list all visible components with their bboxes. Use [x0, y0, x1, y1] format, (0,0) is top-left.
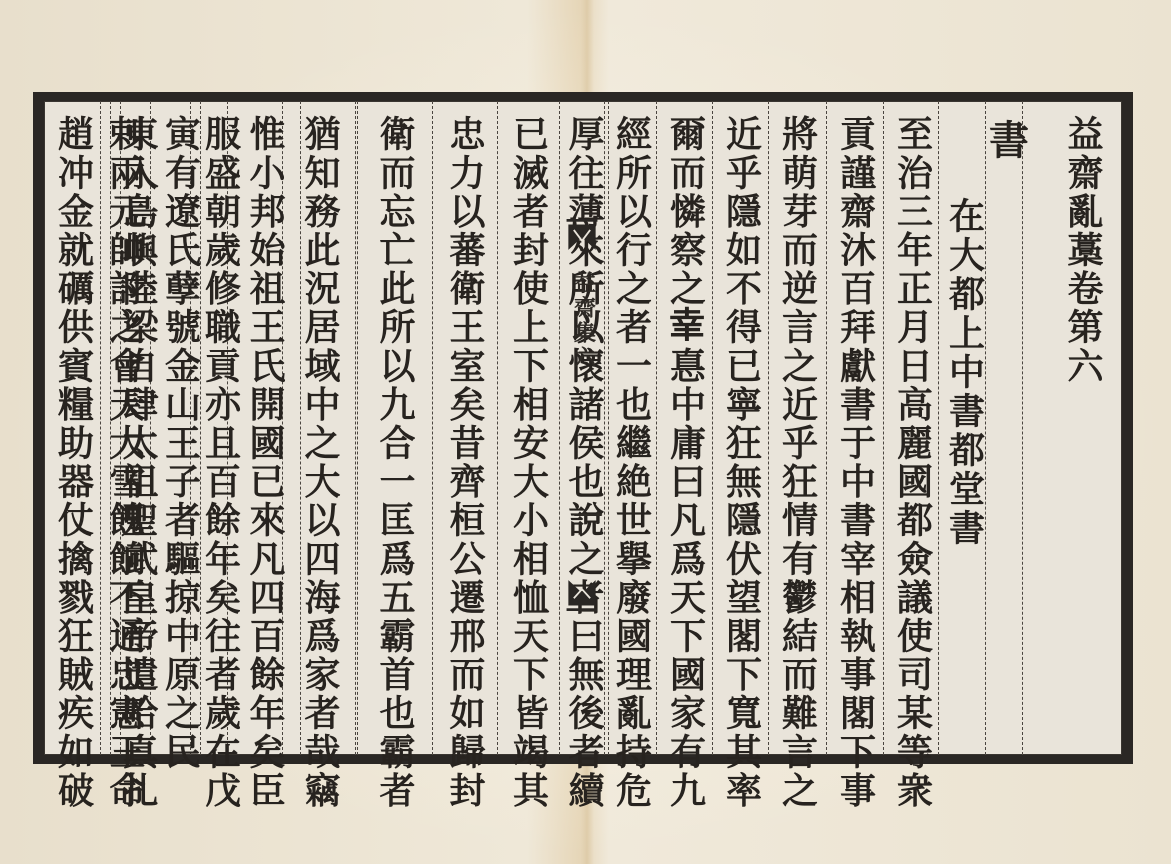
banxin-center-strip: 益齋集六 一 [560, 101, 608, 755]
column-piece-title: 在大都上中書都堂書 [938, 101, 990, 755]
column-text: 寅有遼氏孽號金山王子者驅掠中原之民 [163, 115, 199, 771]
text-column: 衛而忘亡此所以九合一匡爲五霸首也霸者 [357, 101, 432, 755]
column-section-heading: 書 [985, 101, 1025, 755]
banxin-page-number: 一 [562, 501, 606, 531]
piece-title: 在大都上中書都堂書 [947, 197, 983, 548]
text-column: 將萌芽而逆言之近乎狂情有鬱結而難言之 [768, 101, 826, 755]
column-text: 將萌芽而逆言之近乎狂情有鬱結而難言之 [780, 115, 816, 810]
column-text: 至治三年正月日高麗國都僉議使司某等衆 [895, 115, 931, 810]
text-column: 至治三年正月日高麗國都僉議使司某等衆 [883, 101, 941, 755]
text-column: 經所以行之者一也繼絶世擧廢國理亂持危 [604, 101, 658, 755]
column-text: 剌兩元帥討之會天大雪餽餉不通忠憲王命 [107, 115, 143, 810]
text-column: 趙冲金就礪供賓糧助器仗擒戮狂賊疾如破 [46, 101, 101, 755]
column-text: 經所以行之者一也繼絶世擧廢國理亂持危 [614, 115, 650, 810]
column-text: 近乎隱如不得已寧狂無隱伏望閣下寬其率 [724, 115, 760, 810]
column-text: 貢謹齋沐百拜獻書于中書宰相執事閣下事 [838, 115, 874, 810]
banxin-title: 益齋集六 [569, 271, 600, 371]
text-column: 貢謹齋沐百拜獻書于中書宰相執事閣下事 [826, 101, 884, 755]
column-text: 衛而忘亡此所以九合一匡爲五霸首也霸者 [377, 115, 413, 810]
fishtail-top-icon [566, 219, 598, 259]
column-text: 爾而憐察之𦍒惪中庸曰凡爲天下國家有九 [668, 115, 704, 810]
text-column: 剌兩元帥討之會天大雪餽餉不通忠憲王命 [95, 101, 155, 755]
text-column: 爾而憐察之𦍒惪中庸曰凡爲天下國家有九 [656, 101, 714, 755]
volume-title: 益齋亂藁卷第六 [1065, 115, 1101, 385]
section-heading: 書 [986, 119, 1026, 162]
column-text: 忠力以蕃衛王室矣昔齊桓公遷邢而如歸封 [447, 115, 483, 810]
text-column: 近乎隱如不得已寧狂無隱伏望閣下寬其率 [712, 101, 770, 755]
column-text: 趙冲金就礪供賓糧助器仗擒戮狂賊疾如破 [56, 115, 92, 810]
fishtail-bottom-icon [566, 571, 598, 611]
column-text: 惟小邦始祖王氏開國已來凡四百餘年矣臣 [247, 115, 283, 810]
text-column: 忠力以蕃衛王室矣昔齊桓公遷邢而如歸封 [432, 101, 497, 755]
text-column: 已滅者封使上下相安大小相恤天下皆竭其 [497, 101, 560, 755]
column-volume-title: 益齋亂藁卷第六 [1045, 101, 1121, 755]
column-text: 猶知務此況居域中之大以四海爲家者哉竊 [302, 115, 338, 810]
column-text: 已滅者封使上下相安大小相恤天下皆竭其 [511, 115, 547, 810]
